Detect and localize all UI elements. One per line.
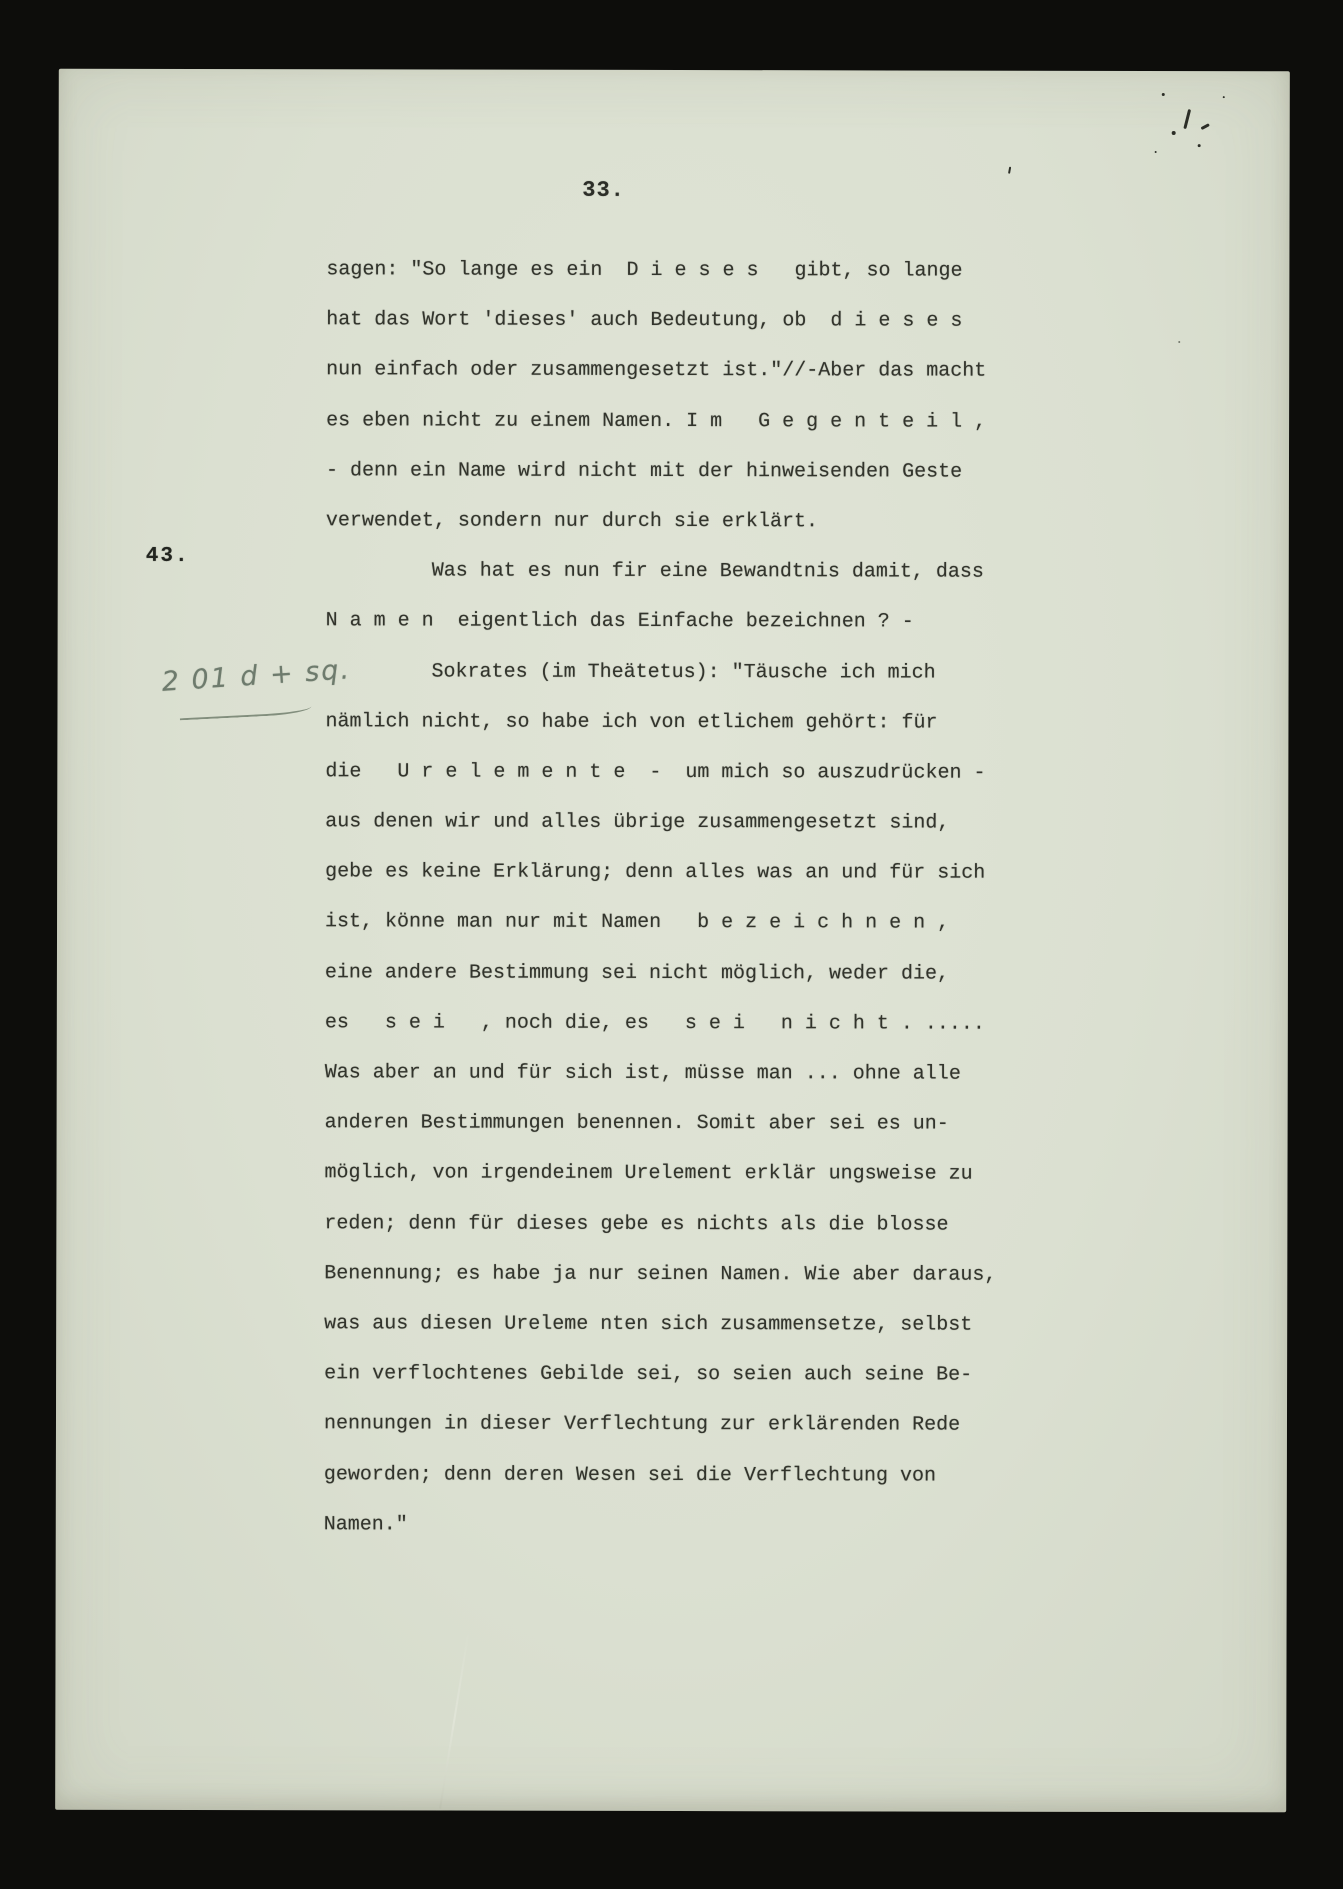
text-line: was aus diesen Ureleme nten sich zusamme… [324,1299,1044,1351]
ink-speck [1008,167,1011,174]
ink-speck [1183,109,1191,129]
ink-speck [1198,144,1201,147]
text-line: N a m e n eigentlich das Einfache bezeic… [326,597,1046,649]
text-line: - denn ein Name wird nicht mit der hinwe… [326,446,1046,498]
text-line: hat das Wort 'dieses' auch Bedeutung, ob… [326,295,1046,347]
margin-section-number: 43. [146,545,190,568]
document-page: 33. 43. 2 01 d + sq. sagen: "So lange es… [55,69,1290,1813]
text-line: verwendet, sondern nur durch sie erklärt… [326,496,1046,548]
ink-speck [1201,123,1210,130]
text-line: anderen Bestimmungen benennen. Somit abe… [325,1098,1045,1150]
ink-speck [1172,131,1176,135]
text-line: sagen: "So lange es ein D i e s e s gibt… [326,245,1046,297]
handwritten-underline [179,702,311,721]
text-line: ein verflochtenes Gebilde sei, so seien … [324,1349,1044,1401]
text-line: die U r e l e m e n t e - um mich so aus… [325,747,1045,799]
ink-speck [1155,151,1157,153]
scan-background: 33. 43. 2 01 d + sq. sagen: "So lange es… [0,0,1343,1889]
page-number: 33. [559,178,649,203]
typewritten-text-block: sagen: "So lange es ein D i e s e s gibt… [324,245,1047,1551]
paper-crease [439,1631,470,1809]
text-line: Was hat es nun fir eine Bewandtnis damit… [326,546,1046,598]
text-line: Sokrates (im Theätetus): "Täusche ich mi… [326,647,1046,699]
text-line: nun einfach oder zusammengesetzt ist."//… [326,346,1046,398]
text-line: Benennung; es habe ja nur seinen Namen. … [324,1249,1044,1301]
text-line: möglich, von irgendeinem Urelement erklä… [324,1149,1044,1201]
ink-speck [1223,96,1225,98]
text-line: gebe es keine Erklärung; denn alles was … [325,848,1045,900]
text-line: nennungen in dieser Verflechtung zur erk… [324,1400,1044,1452]
text-line: es s e i , noch die, es s e i n i c h t … [325,998,1045,1050]
ink-speck [1178,341,1180,343]
text-line: eine andere Bestimmung sei nicht möglich… [325,948,1045,1000]
ink-speck [1162,93,1165,96]
text-line: es eben nicht zu einem Namen. I m G e g … [326,396,1046,448]
text-line: Namen." [324,1500,1044,1552]
text-line: reden; denn für dieses gebe es nichts al… [324,1199,1044,1251]
text-line: aus denen wir und alles übrige zusammeng… [325,797,1045,849]
text-line: geworden; denn deren Wesen sei die Verfl… [324,1450,1044,1502]
text-line: nämlich nicht, so habe ich von etlichem … [325,697,1045,749]
text-line: Was aber an und für sich ist, müsse man … [325,1048,1045,1100]
text-line: ist, könne man nur mit Namen b e z e i c… [325,898,1045,950]
